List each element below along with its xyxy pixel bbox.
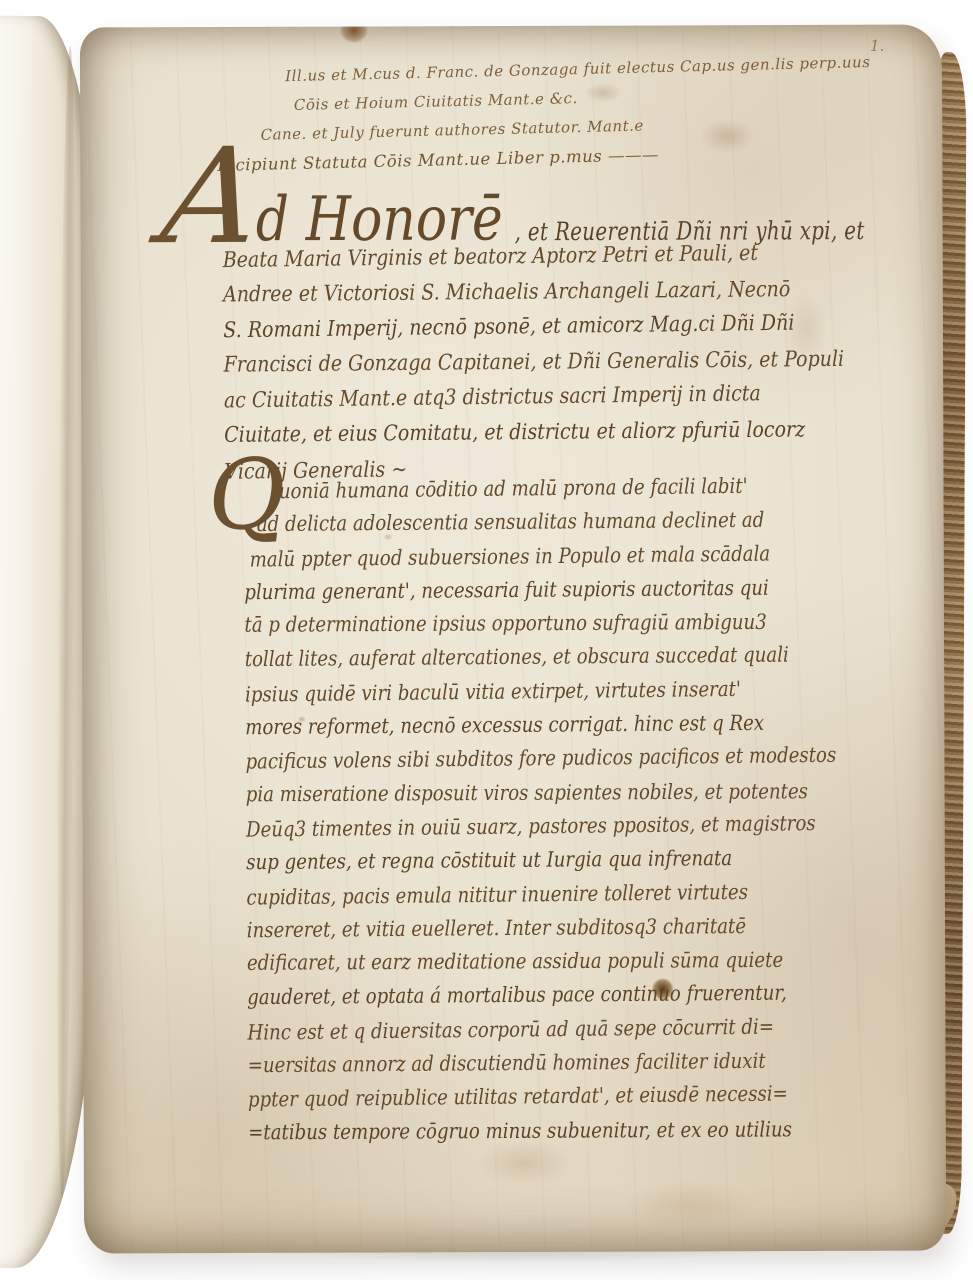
- preamble-line: sup gentes, et regna cōstituit ut Iurgia…: [246, 841, 837, 880]
- preamble-line: ipsius quidē viri baculū vitia extirpet,…: [245, 671, 836, 712]
- preamble-line: tā p determinatione ipsius opportuno suf…: [244, 605, 835, 642]
- preamble-line: ad delicta adolescentia sensualitas huma…: [257, 503, 835, 542]
- preamble-line: plurima generant', necessaria fuit supio…: [244, 570, 835, 609]
- preamble-line: Deūq3 timentes in ouiū suarz, pastores p…: [246, 806, 837, 847]
- folio-number: 1.: [870, 39, 884, 54]
- preamble-line: gauderet, et optata á mortalibus pace co…: [247, 976, 838, 1015]
- manuscript-photo: 1. Ill.us et M.cus d. Franc. de Gonzaga …: [0, 0, 973, 1280]
- preamble-line: insereret, et vitia euelleret. Inter sub…: [247, 908, 838, 947]
- preamble-line: pia miseratione disposuit viros sapiente…: [246, 774, 837, 811]
- preamble-line: Hinc est et q diuersitas corporū ad quā …: [247, 1009, 838, 1050]
- preamble-line: =tatibus tempore cōgruo minus subuenitur…: [248, 1112, 839, 1149]
- preamble-line: pacificus volens sibi subditos fore pudi…: [245, 738, 836, 779]
- preamble-line: ppter quod reipublice utilitas retardat'…: [248, 1076, 839, 1117]
- invocation-paragraph: Beata Maria Virginis et beatorz Aptorz P…: [223, 235, 845, 487]
- page-stain: [602, 1171, 778, 1240]
- preamble-paragraph: uoniā humana cōditio ad malū prona de fa…: [243, 469, 839, 1150]
- preamble-line: uoniā humana cōditio ad malū prona de fa…: [279, 468, 835, 508]
- manuscript-page: 1. Ill.us et M.cus d. Franc. de Gonzaga …: [80, 24, 946, 1253]
- preamble-line: edificaret, ut earz meditatione assidua …: [247, 943, 838, 980]
- preamble-line: tollat lites, auferat altercationes, et …: [245, 638, 836, 677]
- preamble-line: malū ppter quod subuersiones in Populo e…: [249, 536, 834, 577]
- preamble-line: cupiditas, pacis emula nititur inuenire …: [246, 874, 837, 915]
- page-stain: [336, 24, 372, 46]
